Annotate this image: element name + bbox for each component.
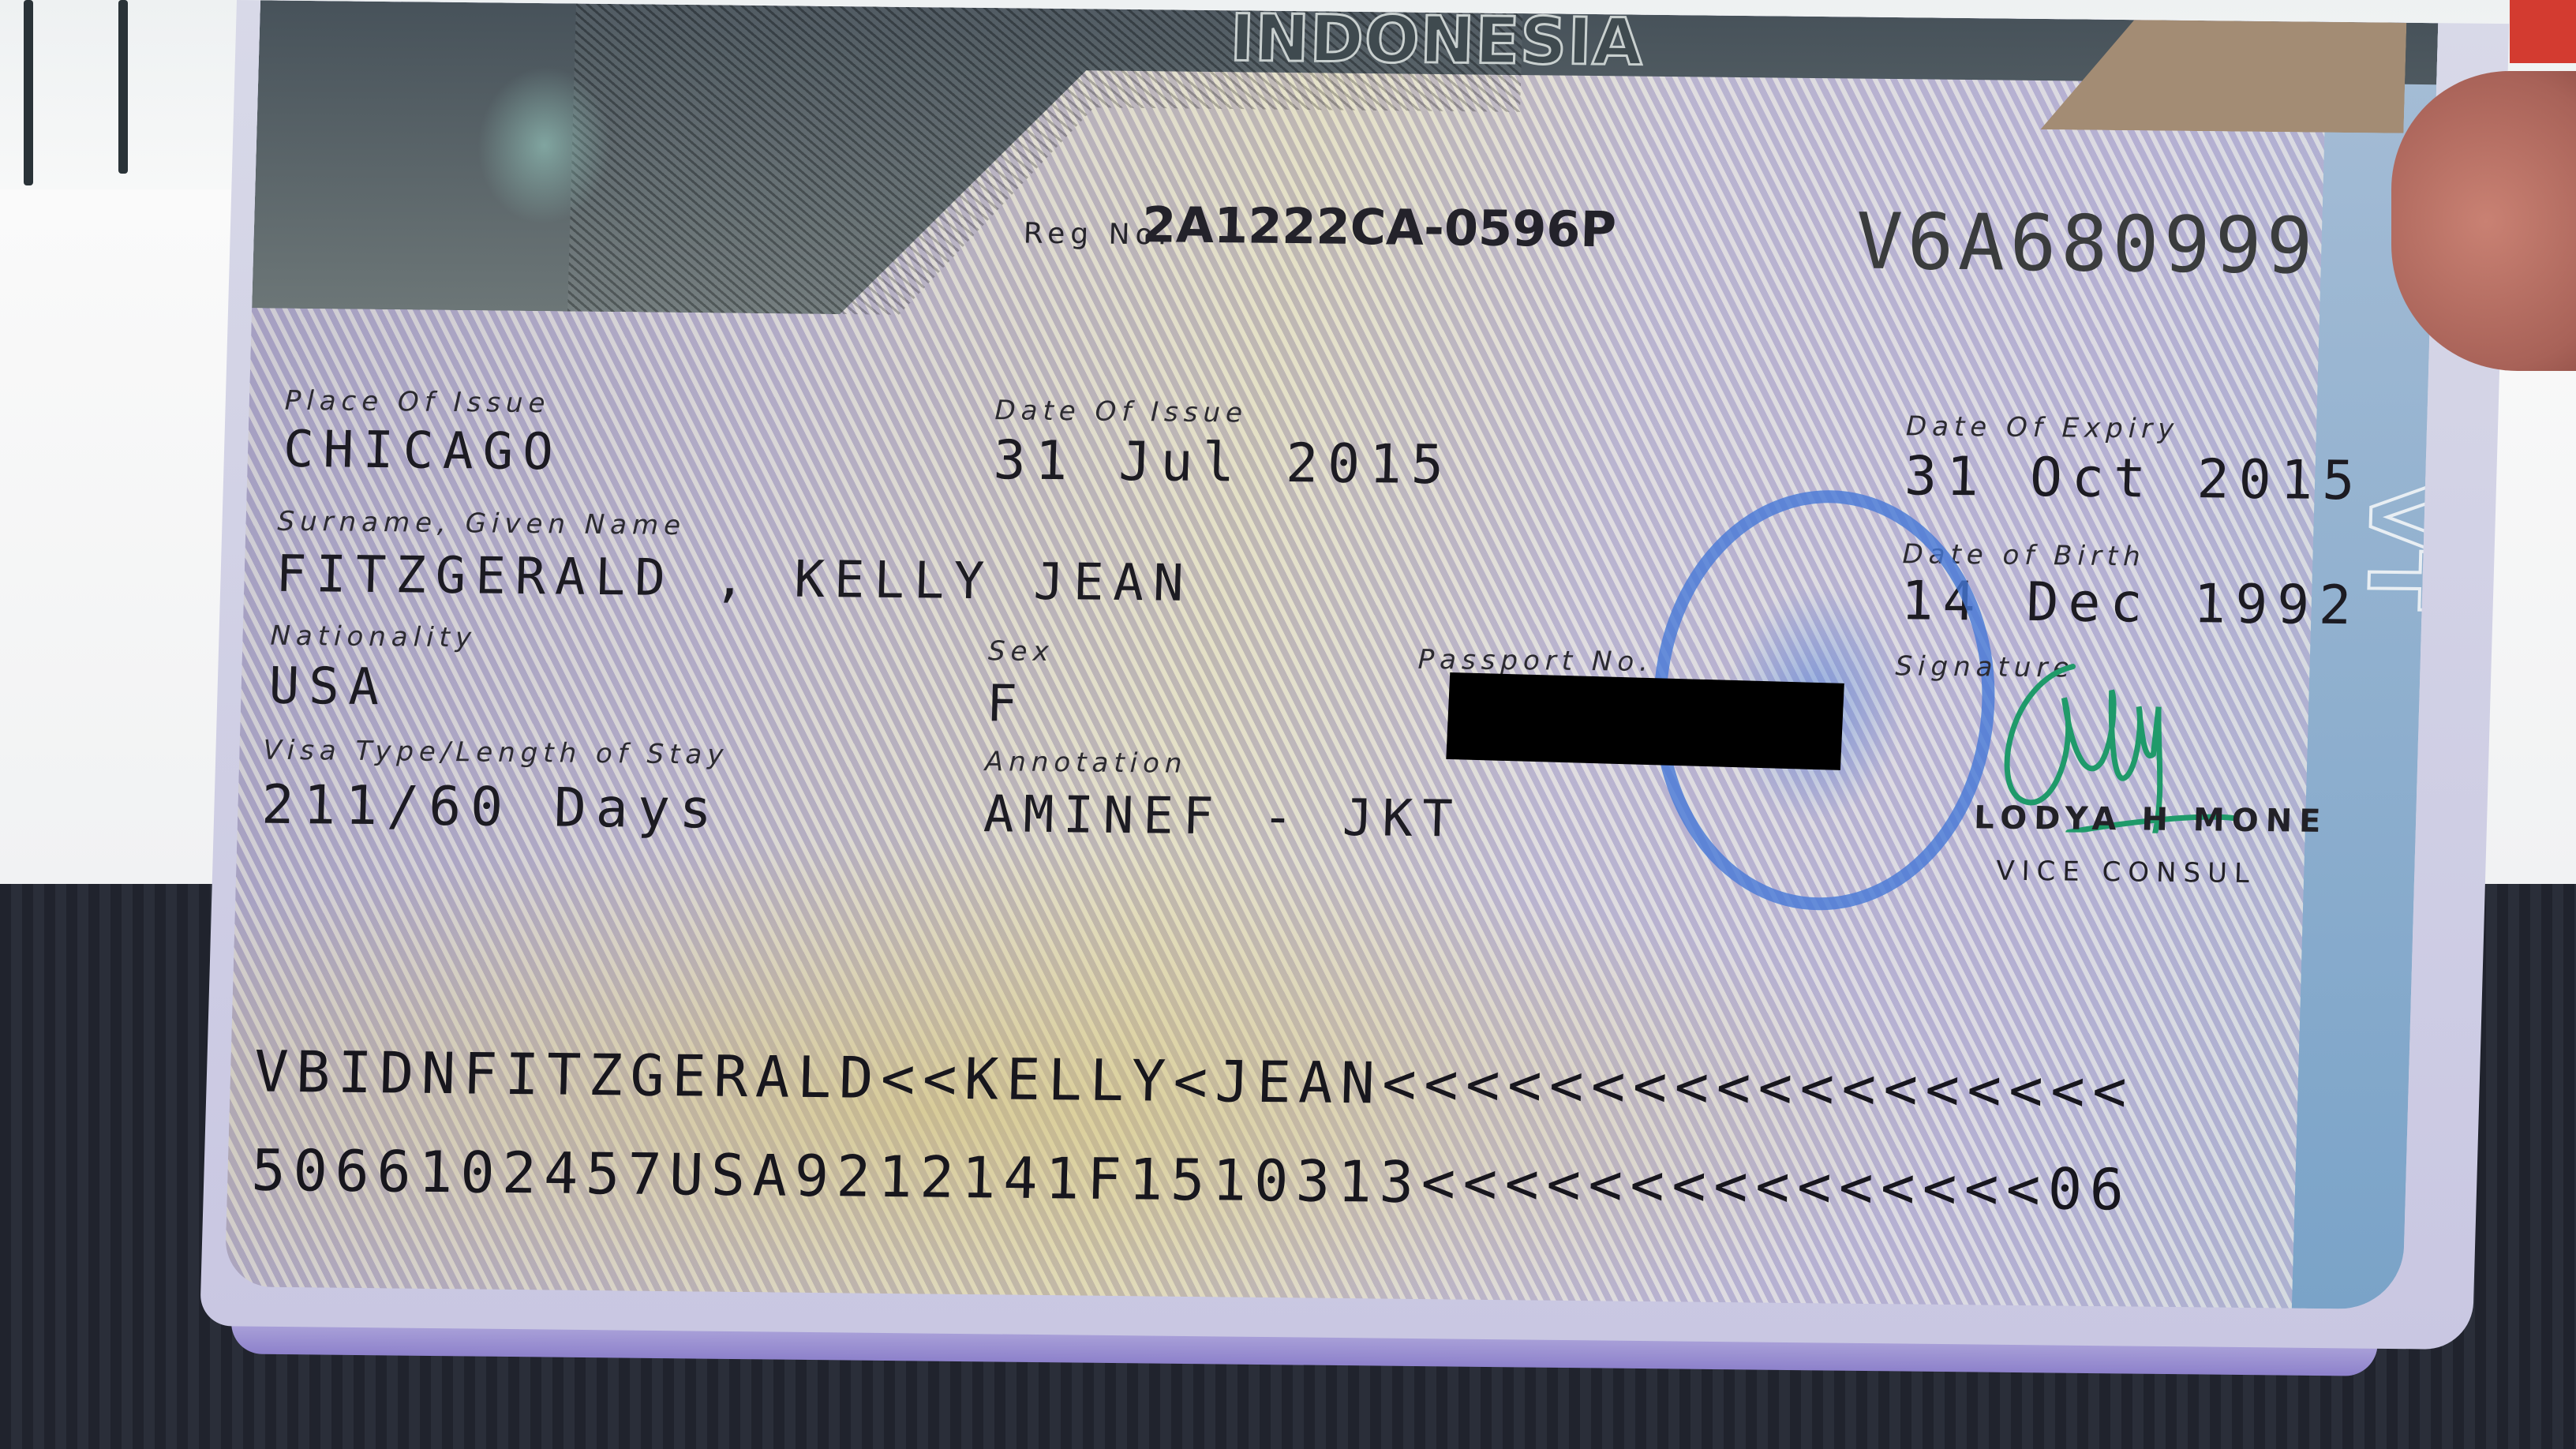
name-label: Surname, Given Name (277, 506, 687, 541)
date-of-expiry-label: Date Of Expiry (1905, 410, 2179, 445)
reg-number: 2A1222CA-0596P (1141, 196, 1617, 258)
sex-label: Sex (987, 635, 1054, 668)
date-of-expiry-value: 31 Oct 2015 (1904, 445, 2364, 512)
date-of-issue-label: Date Of Issue (994, 395, 1249, 429)
visa-type-label: Visa Type/Length of Stay (263, 735, 729, 771)
date-of-issue-value: 31 Jul 2015 (993, 429, 1454, 496)
chair-leg (24, 0, 33, 185)
passport-page: INDONESIA Reg No. 2A1222CA-0596P V6A6809… (200, 0, 2525, 1365)
nationality-value: USA (268, 657, 390, 717)
nationality-label: Nationality (270, 620, 477, 654)
background-red-object (2510, 0, 2576, 63)
signatory-name: LODYA H MONE (1974, 799, 2329, 840)
chair-leg (118, 0, 128, 174)
annotation-value: AMINEF - JKT (983, 785, 1462, 848)
passport-number-redaction (1446, 672, 1844, 770)
serial-number: V6A680999 (1855, 197, 2319, 292)
signatory-title: VICE CONSUL (1996, 856, 2257, 889)
name-value: FITZGERALD , KELLY JEAN (275, 545, 1194, 613)
place-of-issue-label: Place Of Issue (284, 385, 551, 420)
annotation-label: Annotation (985, 746, 1189, 780)
visa-sticker: INDONESIA Reg No. 2A1222CA-0596P V6A6809… (224, 0, 2438, 1309)
visa-type-value: 211/60 Days (260, 774, 721, 841)
place-of-issue-value: CHICAGO (283, 421, 563, 482)
sex-value: F (986, 675, 1028, 734)
